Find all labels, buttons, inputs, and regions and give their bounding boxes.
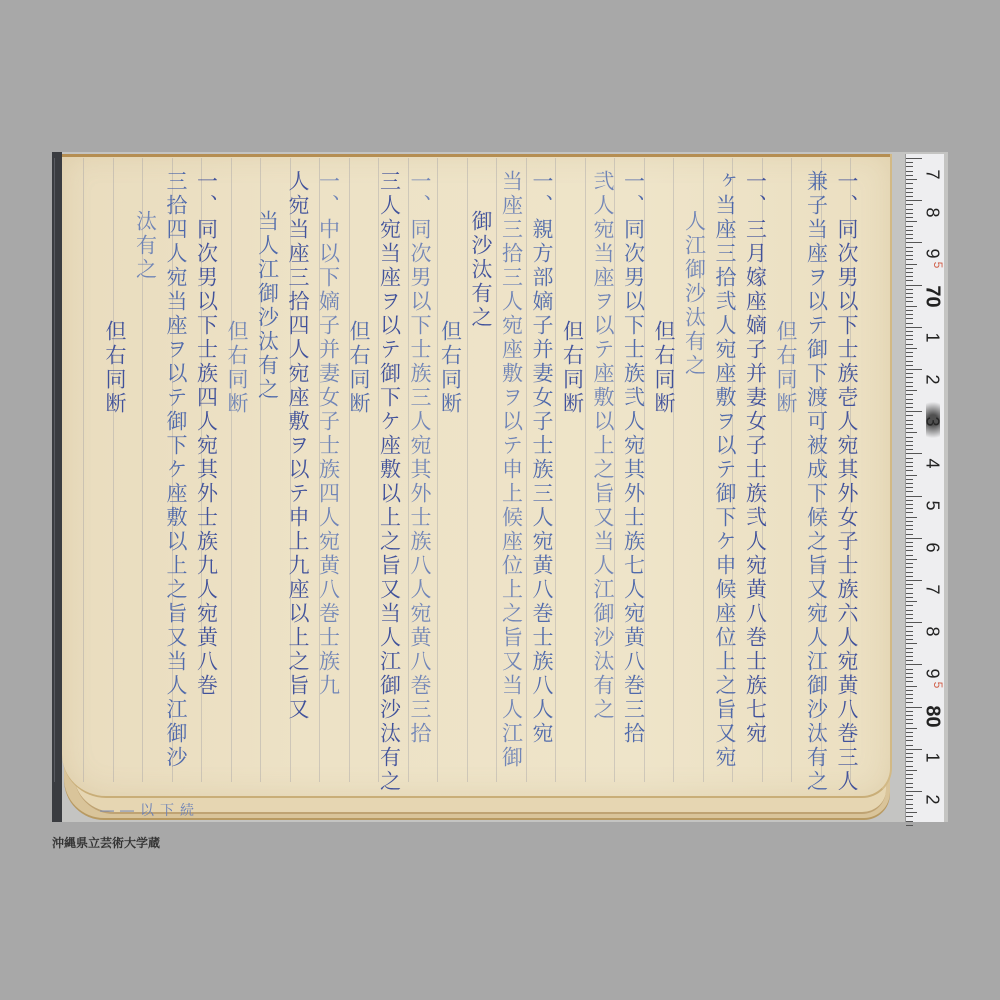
ruler-tick (906, 352, 913, 353)
ruler-tick (906, 475, 917, 476)
ruler-tick (906, 580, 922, 581)
ruler-tick (906, 588, 913, 589)
ruler-tick (906, 804, 913, 805)
ruler-number: 4 (922, 452, 943, 476)
ruler-tick (906, 783, 913, 784)
handwritten-column: 但右同断 (649, 320, 679, 416)
ruler-tick (906, 209, 913, 210)
ruler-tick (906, 593, 913, 594)
ruler-tick (906, 648, 913, 649)
ruler-tick (906, 496, 922, 497)
ruler-tick (906, 652, 913, 653)
ruler-tick (906, 808, 913, 809)
ruler-number: 1 (922, 746, 943, 770)
ruler-number: 5 (922, 494, 943, 518)
handwritten-column: 当座三拾三人宛座敷ヲ以テ申上候座位上之旨又当人江御 (497, 170, 527, 770)
ruled-line (349, 158, 350, 782)
ruler-tick (906, 268, 913, 269)
ruler-tick (906, 732, 913, 733)
ruler-tick (906, 576, 913, 577)
ruler-number: 70 (921, 285, 944, 309)
ruler-tick (906, 280, 913, 281)
handwritten-column: 兼子当座ヲ以テ御下渡可被成下候之旨又宛人江御沙汰有之 (802, 170, 832, 790)
ruler-tick (906, 736, 913, 737)
ruler-tick (906, 466, 913, 467)
ruler-number: 7 (922, 163, 943, 187)
ruler-tick (906, 179, 917, 180)
ruler-tick (906, 259, 913, 260)
ruler-tick (906, 664, 922, 665)
handwritten-column: 一、親方部嫡子并妻女子士族三人宛黄八巻士族八人宛 (527, 170, 557, 746)
ruler-tick (906, 757, 913, 758)
ruler-tick (906, 365, 913, 366)
ruler-tick (906, 791, 922, 792)
ruler-tick (906, 610, 913, 611)
ruler-tick (906, 656, 913, 657)
ruler-tick (906, 204, 913, 205)
ruler-tick (906, 626, 913, 627)
ruler-tick (906, 331, 913, 332)
ruler-tick (906, 339, 913, 340)
ruler-tick (906, 301, 913, 302)
ruler-number: 2 (922, 788, 943, 812)
ruler-tick (906, 719, 913, 720)
ruler-tick (906, 563, 913, 564)
ruler-tick (906, 453, 922, 454)
ruler-tick (906, 550, 913, 551)
handwritten-column: 一、同次男以下士族三人宛其外士族八人宛黄八巻三拾 (405, 170, 435, 746)
handwritten-column: 弐人宛当座ヲ以テ座敷以上之旨又当人江御沙汰有之 (588, 170, 618, 722)
ruler-number: 2 (922, 368, 943, 392)
ruler-tick (906, 369, 922, 370)
ruler-tick (906, 711, 913, 712)
ruler-tick (906, 669, 913, 670)
ruler-tick (906, 521, 913, 522)
ruler-number: 7 (922, 578, 943, 602)
ruler-tick (906, 310, 913, 311)
ruler-tick (906, 491, 913, 492)
handwritten-column: 但右同断 (558, 320, 588, 416)
ruler-tick (906, 538, 922, 539)
handwritten-column: 当人江御沙汰有之 (253, 210, 283, 402)
ruler-tick (906, 432, 917, 433)
ruler-tick (906, 487, 913, 488)
ruler-tick (906, 778, 913, 779)
ruler-tick (906, 770, 917, 771)
ruler-tick (906, 643, 917, 644)
ruler-tick (906, 428, 913, 429)
ruler-tick (906, 525, 913, 526)
ruler-tick (906, 618, 913, 619)
ruler-tick (906, 276, 913, 277)
handwritten-column: 一、中以下嫡子并妻女子士族四人宛黄八巻士族九 (314, 170, 344, 698)
ruler-number: 8 (922, 620, 943, 644)
ruler-tick (906, 390, 917, 391)
ruler-tick (906, 677, 913, 678)
ruler-number: 6 (922, 536, 943, 560)
ruler-tick (906, 314, 913, 315)
ruler-tick (906, 323, 913, 324)
measuring-ruler: 78957012345678958012 (905, 154, 944, 822)
handwritten-column: 但右同断 (436, 320, 466, 416)
notebook-page: 一、同次男以下士族壱人宛其外女子士族六人宛黄八巻三人宛兼子当座ヲ以テ御下渡可被成… (62, 154, 892, 798)
ruler-tick (906, 479, 913, 480)
handwritten-column: 人江御沙汰有之 (680, 210, 710, 378)
ruler-tick (906, 504, 913, 505)
ruled-line (673, 158, 674, 782)
ruler-tick (906, 673, 913, 674)
ruler-tick (906, 424, 913, 425)
ruled-line (585, 158, 586, 782)
ruler-tick (906, 188, 913, 189)
handwritten-column: 但右同断 (344, 320, 374, 416)
ruler-tick (906, 213, 913, 214)
ruler-tick (906, 584, 913, 585)
handwritten-column: ヶ当座三拾弐人宛座敷ヲ以テ御下ケ申候座位上之旨又宛 (710, 170, 740, 770)
ruler-tick (906, 635, 913, 636)
ruler-tick (906, 221, 917, 222)
ruled-line (791, 158, 792, 782)
handwritten-column: 但右同断 (100, 320, 130, 416)
ruler-tick (906, 529, 913, 530)
handwritten-column: 汰有之 (131, 210, 161, 282)
ruler-number: 8 (922, 201, 943, 225)
ruler-tick (906, 234, 913, 235)
ruler-number: 1 (922, 326, 943, 350)
ruler-tick (906, 238, 913, 239)
ruler-tick (906, 601, 917, 602)
ruled-line (113, 158, 114, 782)
ruler-tick (906, 289, 913, 290)
handwritten-column: 御沙汰有之 (466, 210, 496, 330)
ruler-tick (906, 226, 913, 227)
ruler-tick (906, 196, 913, 197)
ruler-tick (906, 242, 922, 243)
ruler-tick (906, 639, 913, 640)
ruler-tick (906, 264, 917, 265)
ruler-tick (906, 420, 913, 421)
ruler-tick (906, 715, 913, 716)
ruler-tick (906, 344, 913, 345)
ruler-tick (906, 415, 913, 416)
ruler-tick (906, 445, 913, 446)
handwritten-column: 一、同次男以下士族弐人宛其外士族七人宛黄八巻三拾 (619, 170, 649, 746)
ruler-tick (906, 761, 913, 762)
ruler-tick (906, 377, 913, 378)
ruler-tick (906, 572, 913, 573)
handwritten-column: 一、三月嫁座嫡子并妻女子士族弐人宛黄八巻士族七宛 (741, 170, 771, 746)
ruler-number: 80 (921, 705, 944, 729)
ruler-tick (906, 546, 913, 547)
ruler-tick (906, 483, 913, 484)
ruler-number: 5 (931, 253, 945, 277)
ruled-line (83, 158, 84, 782)
ruler-tick (906, 681, 913, 682)
ruler-tick (906, 272, 913, 273)
ruler-tick (906, 449, 913, 450)
page-top-edge (62, 154, 890, 157)
ruler-tick (906, 766, 913, 767)
handwritten-column: 三拾四人宛当座ヲ以テ御下ケ座敷以上之旨又当人江御沙 (161, 170, 191, 770)
ruler-tick (906, 698, 913, 699)
ruler-tick (906, 255, 913, 256)
handwritten-column: 人宛当座三拾四人宛座敷ヲ以テ申上九座以上之旨又 (283, 170, 313, 722)
collection-caption: 沖縄県立芸術大学蔵 (52, 834, 160, 851)
ruler-tick (906, 458, 913, 459)
ruler-tick (906, 162, 913, 163)
ruler-tick (906, 293, 913, 294)
ruler-tick (906, 799, 913, 800)
handwritten-column: 三人宛当座ヲ以テ御下ケ座敷以上之旨又当人江御沙汰有之 (375, 170, 405, 790)
ruler-tick (906, 614, 913, 615)
ruler-tick (906, 318, 913, 319)
ruler-tick (906, 597, 913, 598)
ruler-tick (906, 441, 913, 442)
ruler-tick (906, 247, 913, 248)
ruler-tick (906, 749, 922, 750)
handwritten-column: 一、同次男以下士族四人宛其外士族九人宛黄八巻 (192, 170, 222, 698)
ruler-tick (906, 399, 913, 400)
ruler-tick (906, 774, 913, 775)
ruler-tick (906, 795, 913, 796)
ruler-tick (906, 517, 917, 518)
ruler-tick (906, 327, 922, 328)
ruler-tick (906, 825, 913, 826)
ruler-tick (906, 622, 922, 623)
handwritten-column: 但右同断 (771, 320, 801, 416)
ruler-tick (906, 462, 913, 463)
ruled-line (54, 158, 55, 782)
ruler-tick (906, 251, 913, 252)
ruler-tick (906, 812, 917, 813)
ruler-tick (906, 605, 913, 606)
ruler-tick (906, 745, 913, 746)
ruler-tick (906, 690, 913, 691)
ruler-tick (906, 297, 913, 298)
ruler-tick (906, 542, 913, 543)
ruler-tick (906, 356, 913, 357)
handwritten-column: 一、同次男以下士族壱人宛其外女子士族六人宛黄八巻三人宛 (832, 170, 862, 790)
ruler-tick (906, 740, 913, 741)
ruler-tick (906, 200, 922, 201)
ruler-tick (906, 437, 913, 438)
ruled-line (437, 158, 438, 782)
ruler-tick (906, 702, 913, 703)
handwritten-column: 但右同断 (222, 320, 252, 416)
ruler-tick (906, 382, 913, 383)
ruler-tick (906, 175, 913, 176)
ruler-tick (906, 723, 913, 724)
ruler-tick (906, 694, 913, 695)
ruler-tick (906, 306, 917, 307)
ruler-tick (906, 508, 913, 509)
ruler-tick (906, 386, 913, 387)
ruler-tick (906, 411, 922, 412)
ruler-tick (906, 559, 917, 560)
ruler-tick (906, 192, 913, 193)
ruler-number: 5 (931, 673, 945, 697)
ruler-tick (906, 787, 913, 788)
ruler-tick (906, 816, 913, 817)
ruler-tick (906, 394, 913, 395)
ruler-tick (906, 183, 913, 184)
ruler-tick (906, 403, 913, 404)
ruler-tick (906, 660, 913, 661)
ruler-tick (906, 500, 913, 501)
ruler-tick (906, 166, 913, 167)
ruler-tick (906, 373, 913, 374)
ruler-tick (906, 470, 913, 471)
ruler-tick (906, 361, 913, 362)
ruler-tick (906, 171, 913, 172)
ruler-tick (906, 158, 922, 159)
ruler-tick (906, 407, 913, 408)
ruler-tick (906, 512, 913, 513)
ruler-tick (906, 821, 913, 822)
ruler-tick (906, 348, 917, 349)
ruler-tick (906, 555, 913, 556)
ruler-tick (906, 753, 913, 754)
ruler-tick (906, 631, 913, 632)
ruler-tick (906, 534, 913, 535)
ruler-tick (906, 217, 913, 218)
underlying-page-text: ――以下続 (100, 800, 200, 820)
ruler-tick (906, 567, 913, 568)
ruler-tick (906, 728, 917, 729)
ruled-line (231, 158, 232, 782)
ruler-tick (906, 230, 913, 231)
ruler-tick (906, 686, 917, 687)
ruler-tick (906, 335, 913, 336)
ruler-stain (926, 395, 940, 445)
